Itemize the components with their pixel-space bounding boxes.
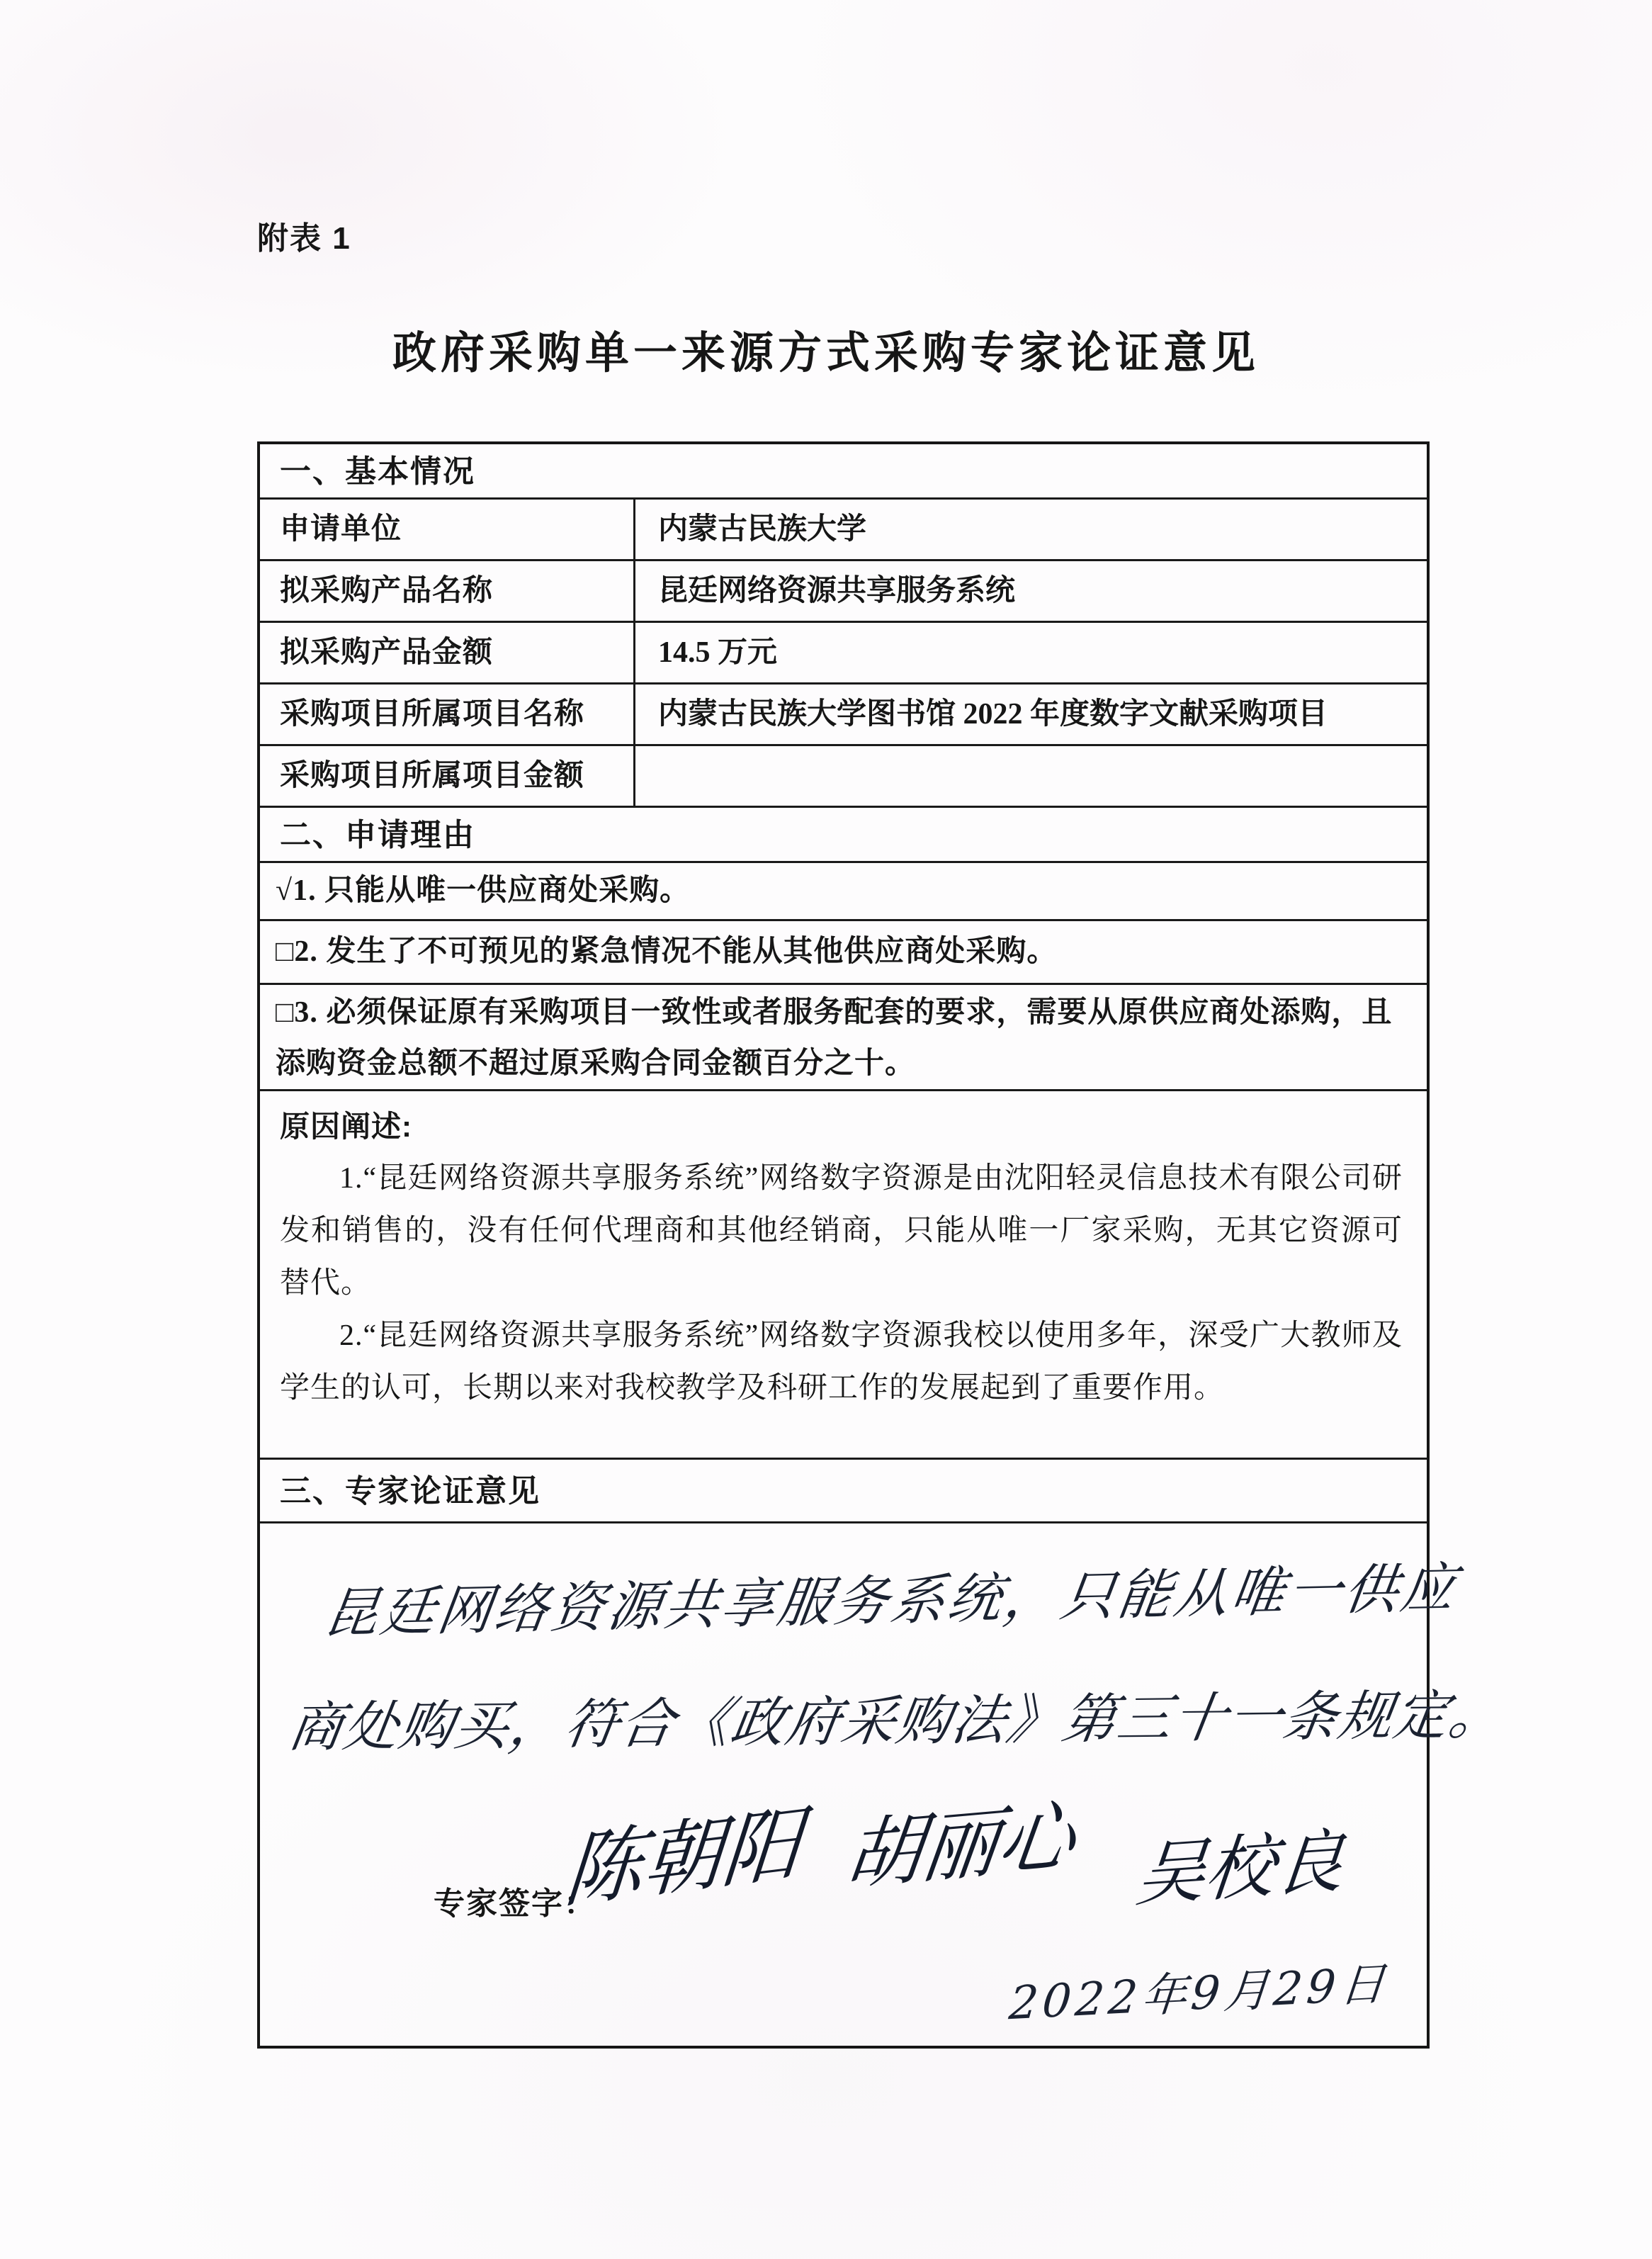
table-row-parent-project-amount: 采购项目所属项目金额 <box>260 746 1427 808</box>
handwritten-signature-1: 陈朝阳 <box>560 1779 807 1924</box>
reason-paragraph-1: 1.“昆廷网络资源共享服务系统”网络数字资源是由沈阳轻灵信息技术有限公司研发和销… <box>280 1152 1403 1309</box>
checkbox-unchecked-icon: □ <box>276 935 294 968</box>
table-row-applicant: 申请单位 内蒙古民族大学 <box>260 500 1427 561</box>
scanned-document-page: 附表 1 政府采购单一来源方式采购专家论证意见 一、基本情况 申请单位 内蒙古民… <box>0 0 1652 2259</box>
field-label-product-name: 拟采购产品名称 <box>260 561 635 621</box>
document-title: 政府采购单一来源方式采购专家论证意见 <box>0 317 1652 381</box>
table-row-product-name: 拟采购产品名称 昆廷网络资源共享服务系统 <box>260 561 1427 623</box>
reason-option-2: □2. 发生了不可预见的紧急情况不能从其他供应商处采购。 <box>260 921 1427 985</box>
checkbox-unchecked-icon: □ <box>276 996 294 1029</box>
reason-option-2-text: 2. 发生了不可预见的紧急情况不能从其他供应商处采购。 <box>294 935 1057 968</box>
handwritten-date: 2022年9月29日 <box>1007 1947 1392 2033</box>
handwritten-opinion-line-1: 昆廷网络资源共享服务系统，只能从唯一供应 <box>320 1545 1464 1648</box>
field-label-parent-project-amount: 采购项目所属项目金额 <box>260 746 635 806</box>
reason-statement-cell: 原因阐述: 1.“昆廷网络资源共享服务系统”网络数字资源是由沈阳轻灵信息技术有限… <box>260 1091 1427 1460</box>
handwritten-opinion-line-2: 商处购买，符合《政府采购法》第三十一条规定。 <box>284 1672 1511 1762</box>
checkbox-checked-icon: √ <box>276 874 293 907</box>
reason-option-3: □3. 必须保证原有采购项目一致性或者服务配套的要求，需要从原供应商处添购，且添… <box>260 985 1427 1091</box>
reason-option-1-text: 1. 只能从唯一供应商处采购。 <box>293 874 690 907</box>
reason-option-3-text: 3. 必须保证原有采购项目一致性或者服务配套的要求，需要从原供应商处添购，且添购… <box>276 996 1392 1080</box>
field-label-applicant: 申请单位 <box>260 500 635 559</box>
section3-header: 三、专家论证意见 <box>260 1460 1427 1523</box>
field-label-product-amount: 拟采购产品金额 <box>260 623 635 682</box>
section2-header: 二、申请理由 <box>260 808 1427 863</box>
form-table: 一、基本情况 申请单位 内蒙古民族大学 拟采购产品名称 昆廷网络资源共享服务系统… <box>257 441 1430 2049</box>
table-row-product-amount: 拟采购产品金额 14.5 万元 <box>260 623 1427 685</box>
field-label-parent-project-name: 采购项目所属项目名称 <box>260 685 635 744</box>
handwritten-signature-3: 吴校良 <box>1132 1805 1350 1920</box>
field-value-applicant: 内蒙古民族大学 <box>635 500 1427 559</box>
field-value-parent-project-name: 内蒙古民族大学图书馆 2022 年度数字文献采购项目 <box>635 685 1427 744</box>
table-row-parent-project-name: 采购项目所属项目名称 内蒙古民族大学图书馆 2022 年度数字文献采购项目 <box>260 685 1427 746</box>
reason-option-1: √1. 只能从唯一供应商处采购。 <box>260 863 1427 921</box>
reason-paragraph-2: 2.“昆廷网络资源共享服务系统”网络数字资源我校以使用多年，深受广大教师及学生的… <box>280 1309 1403 1414</box>
reason-statement-title: 原因阐述: <box>280 1101 1403 1152</box>
field-value-product-name: 昆廷网络资源共享服务系统 <box>635 561 1427 621</box>
field-value-parent-project-amount <box>635 746 1427 806</box>
field-value-product-amount: 14.5 万元 <box>635 623 1427 682</box>
attachment-label: 附表 1 <box>257 213 351 258</box>
section1-header: 一、基本情况 <box>260 444 1427 500</box>
expert-opinion-cell: 昆廷网络资源共享服务系统，只能从唯一供应 商处购买，符合《政府采购法》第三十一条… <box>260 1523 1427 2046</box>
handwritten-signature-2: 胡丽心 <box>840 1774 1082 1905</box>
